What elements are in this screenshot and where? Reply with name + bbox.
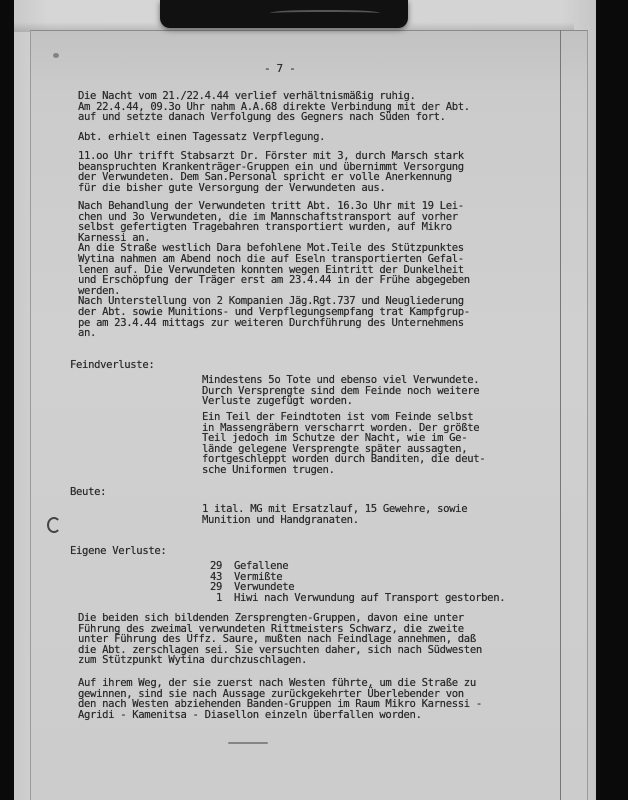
paragraph-line: Nach Behandlung der Verwundeten tritt Ab…	[78, 201, 464, 212]
ink-smudge	[53, 53, 59, 58]
section-label-feindverluste: Feindverluste:	[70, 360, 154, 371]
paragraph-line: Abt. erhielt einen Tagessatz Verpflegung…	[78, 132, 325, 143]
section-label-eigene-verluste: Eigene Verluste:	[70, 546, 166, 557]
page-number: - 7 -	[264, 64, 295, 75]
feindverluste-line: Ein Teil der Feindtoten ist vom Feinde s…	[202, 412, 473, 423]
beute-line: 1 ital. MG mit Ersatzlauf, 15 Gewehre, s…	[202, 504, 467, 515]
loss-description: Gefallene	[234, 561, 288, 572]
section-label-beute: Beute:	[70, 487, 106, 498]
loss-count: 29	[202, 561, 222, 572]
page-edge	[560, 30, 561, 800]
loss-count: 1	[202, 593, 222, 604]
paragraph-line: für die bisher gute Versorgung der Verwu…	[78, 183, 385, 194]
paragraph-line: pe am 23.4.44 mittags zur weiteren Durch…	[78, 318, 464, 329]
feindverluste-line: Verluste zugefügt worden.	[202, 396, 353, 407]
paragraph-line: 11.oo Uhr trifft Stabsarzt Dr. Förster m…	[78, 151, 464, 162]
paragraph-line: auf und setzte danach Verfolgung des Geg…	[78, 112, 446, 123]
paragraph-line: an.	[78, 328, 96, 339]
loss-description: Hiwi nach Verwundung auf Transport gesto…	[234, 593, 505, 604]
feindverluste-line: sche Uniformen trugen.	[202, 465, 335, 476]
paragraph-line: der Abt. sowie Munitions- und Verpflegun…	[78, 307, 470, 318]
paragraph-line: Agridi - Kamenitsa - Diasellon einzeln ü…	[78, 710, 422, 721]
ink-smudge	[228, 742, 268, 744]
paragraph-line: Die beiden sich bildenden Zersprengten-G…	[78, 613, 464, 624]
beute-line: Munition und Handgranaten.	[202, 515, 359, 526]
feindverluste-line: Mindestens 5o Tote und ebenso viel Verwu…	[202, 375, 479, 386]
paragraph-line: Die Nacht vom 21./22.4.44 verlief verhäl…	[78, 91, 416, 102]
paragraph-line: Wytina nahmen am Abend noch die auf Esel…	[78, 254, 464, 265]
punch-hole-icon	[47, 517, 61, 533]
paragraph-line: Auf ihrem Weg, der sie zuerst nach Weste…	[78, 678, 476, 689]
paragraph-line: und Erschöpfung der Träger erst am 23.4.…	[78, 275, 470, 286]
binder-clip	[160, 0, 408, 28]
paragraph-line: zum Stützpunkt Wytina durchzuschlagen.	[78, 655, 307, 666]
